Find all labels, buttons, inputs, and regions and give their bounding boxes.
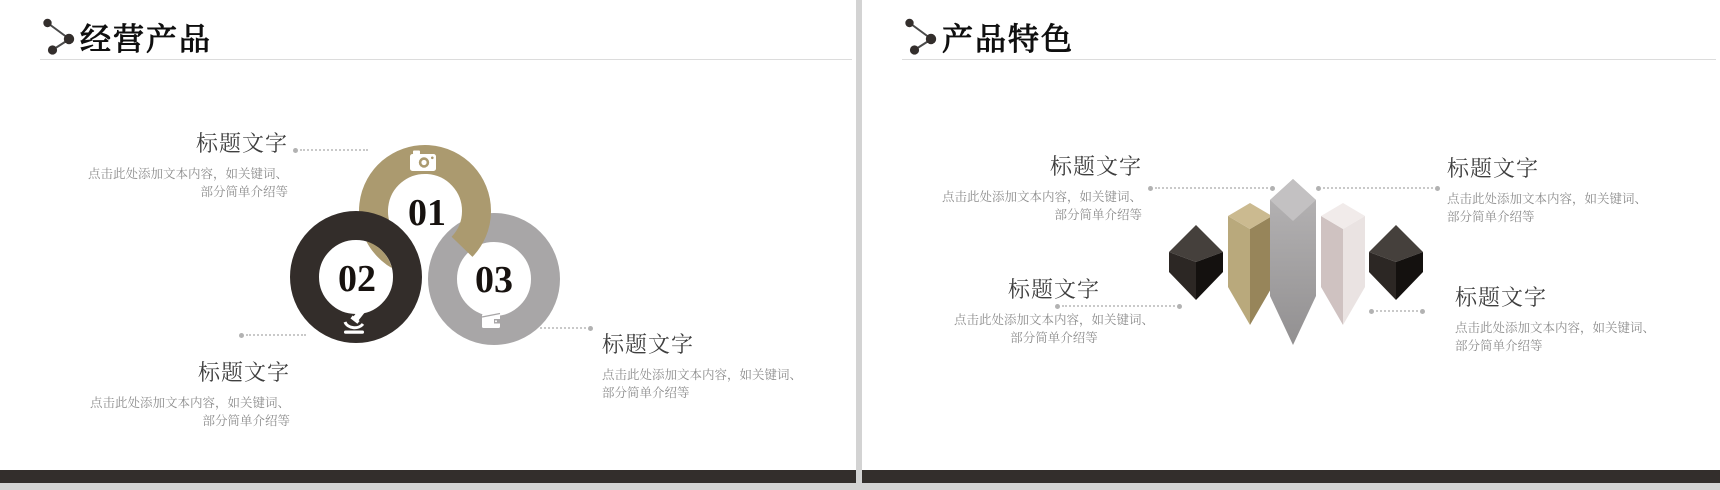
slide1-block-top-left: 标题文字 点击此处添加文本内容，如关键词、 部分简单介绍等 — [30, 127, 288, 201]
slide2-title: 产品特色 — [942, 14, 1074, 59]
block-body-line2: 部分简单介绍等 — [928, 329, 1180, 347]
block-body-line1: 点击此处添加文本内容，如关键词、 — [30, 165, 288, 183]
connector-dot — [239, 333, 244, 338]
block-body-line1: 点击此处添加文本内容，如关键词、 — [602, 366, 837, 384]
slide1-block-bottom-right: 标题文字 点击此处添加文本内容，如关键词、 部分简单介绍等 — [602, 328, 837, 402]
wallet-icon — [482, 314, 500, 329]
slides-preview-canvas: { "slide1": { "header": {"title": "经营产品"… — [0, 0, 1720, 490]
cube-right — [1369, 225, 1423, 300]
prism-pink — [1321, 203, 1365, 325]
slide2-header: 产品特色 — [862, 0, 1720, 62]
slide1-header: 经营产品 — [0, 0, 856, 62]
block-body-line2: 部分简单介绍等 — [1455, 337, 1700, 355]
prisms-diagram — [1160, 175, 1435, 350]
slide2-block-top-right: 标题文字 点击此处添加文本内容，如关键词、 部分简单介绍等 — [1447, 152, 1692, 226]
block-title: 标题文字 — [30, 356, 290, 387]
slide2-block-bottom-right: 标题文字 点击此处添加文本内容，如关键词、 部分简单介绍等 — [1455, 281, 1700, 355]
block-body-line2: 部分简单介绍等 — [890, 206, 1142, 224]
block-title: 标题文字 — [928, 273, 1180, 304]
ring-number-01: 01 — [408, 192, 446, 234]
slide1-title: 经营产品 — [80, 14, 212, 59]
block-body-line2: 部分简单介绍等 — [30, 412, 290, 430]
cube-left — [1169, 225, 1223, 300]
block-title: 标题文字 — [1455, 281, 1700, 312]
slide2-block-bottom-left: 标题文字 点击此处添加文本内容，如关键词、 部分简单介绍等 — [928, 273, 1180, 347]
slide-business-products[interactable]: 经营产品 标题文字 点击此处添加文本内容，如关键词、 部分简单介绍等 标题文字 … — [0, 0, 856, 483]
block-body-line1: 点击此处添加文本内容，如关键词、 — [1447, 190, 1692, 208]
block-body-line1: 点击此处添加文本内容，如关键词、 — [30, 394, 290, 412]
ring-number-02: 02 — [338, 258, 376, 300]
connector-dot — [1055, 304, 1060, 309]
block-body-line2: 部分简单介绍等 — [1447, 208, 1692, 226]
block-body-line2: 部分简单介绍等 — [602, 384, 837, 402]
slide1-footer-bar — [0, 470, 856, 483]
slide2-header-divider — [902, 59, 1716, 60]
prism-gray — [1270, 179, 1316, 345]
block-title: 标题文字 — [1447, 152, 1692, 183]
block-title: 标题文字 — [30, 127, 288, 158]
connector-dot — [1435, 186, 1440, 191]
slide1-block-bottom-left: 标题文字 点击此处添加文本内容，如关键词、 部分简单介绍等 — [30, 356, 290, 430]
node-link-icon — [904, 16, 940, 58]
block-body-line1: 点击此处添加文本内容，如关键词、 — [928, 311, 1180, 329]
block-body-line2: 部分简单介绍等 — [30, 183, 288, 201]
slide1-header-divider — [40, 59, 852, 60]
node-link-icon — [42, 16, 78, 58]
slide2-block-top-left: 标题文字 点击此处添加文本内容，如关键词、 部分简单介绍等 — [890, 150, 1142, 224]
block-title: 标题文字 — [890, 150, 1142, 181]
block-title: 标题文字 — [602, 328, 837, 359]
slide2-footer-bar — [862, 470, 1720, 483]
connector-dot — [1148, 186, 1153, 191]
connector-bottom-left — [1062, 305, 1175, 307]
block-body-line1: 点击此处添加文本内容，如关键词、 — [1455, 319, 1700, 337]
interlocked-rings-diagram: 01 02 03 — [278, 110, 578, 355]
block-body-line1: 点击此处添加文本内容，如关键词、 — [890, 188, 1142, 206]
ring-number-03: 03 — [475, 259, 513, 301]
connector-dot — [588, 326, 593, 331]
prism-tan — [1228, 203, 1272, 325]
